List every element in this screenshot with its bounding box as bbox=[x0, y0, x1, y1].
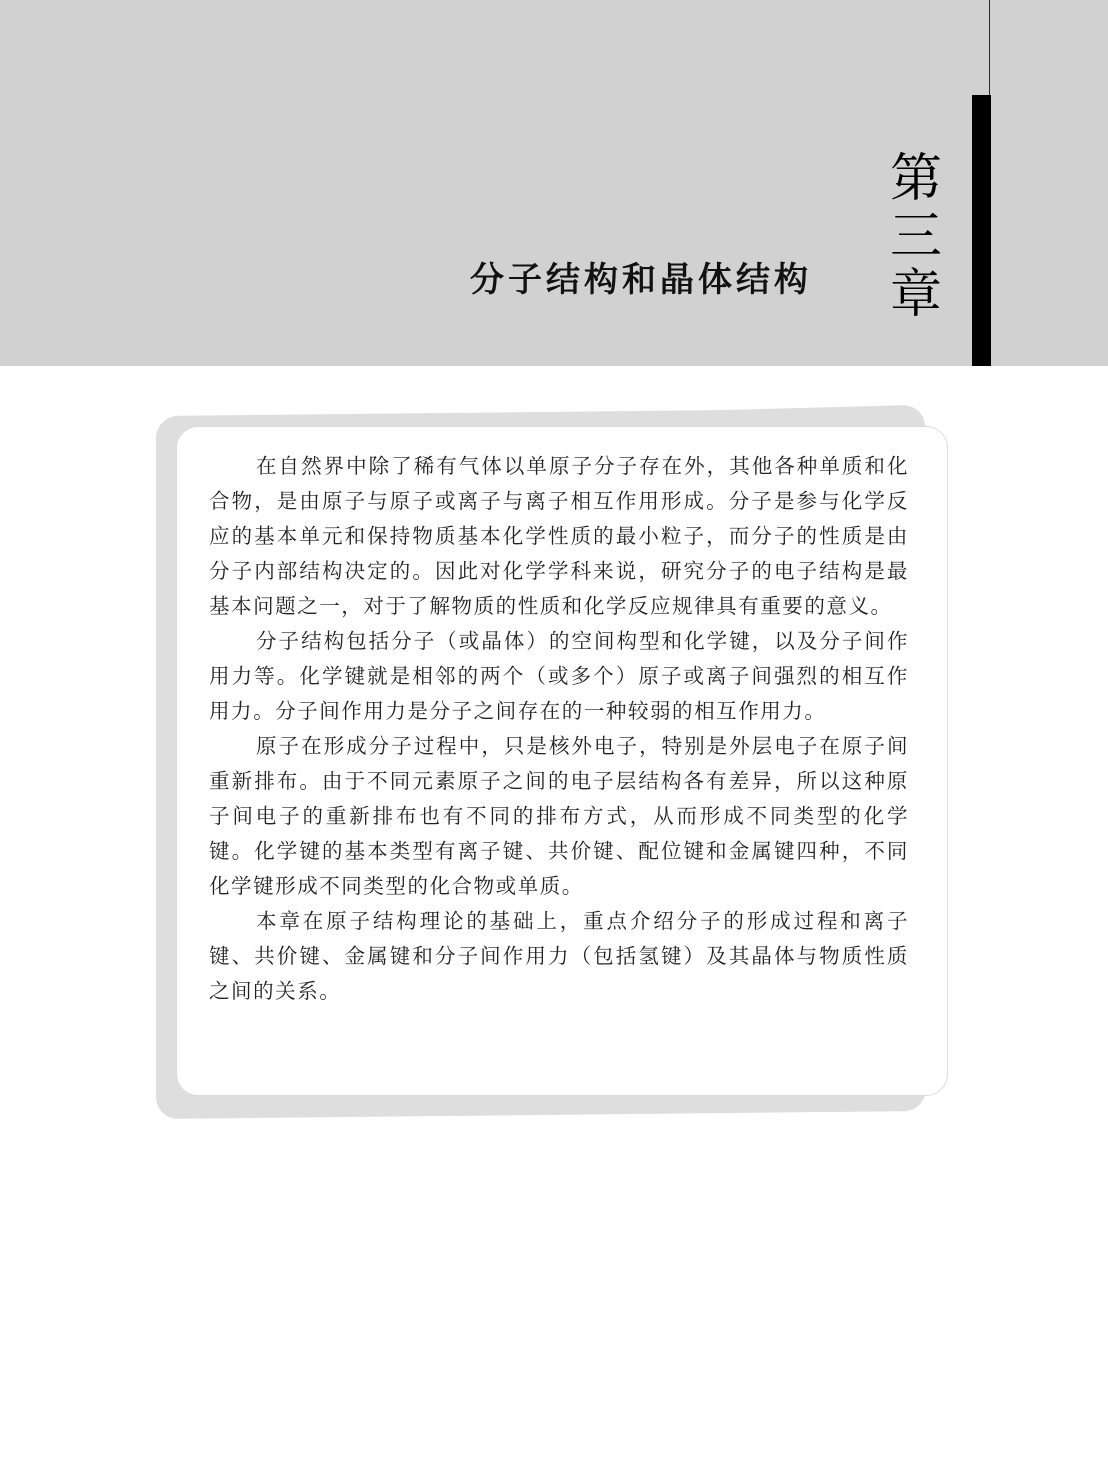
chapter-introduction: 在自然界中除了稀有气体以单原子分子存在外，其他各种单质和化合物，是由原子与原子或… bbox=[209, 449, 909, 1009]
intro-paragraph: 原子在形成分子过程中，只是核外电子，特别是外层电子在原子间重新排布。由于不同元素… bbox=[209, 729, 909, 904]
header-thin-rule bbox=[989, 0, 990, 96]
intro-paragraph: 本章在原子结构理论的基础上，重点介绍分子的形成过程和离子键、共价键、金属键和分子… bbox=[209, 904, 909, 1009]
intro-paragraph: 在自然界中除了稀有气体以单原子分子存在外，其他各种单质和化合物，是由原子与原子或… bbox=[209, 449, 909, 624]
chapter-title: 分子结构和晶体结构 bbox=[470, 252, 812, 301]
intro-paragraph: 分子结构包括分子（或晶体）的空间构型和化学键，以及分子间作用力等。化学键就是相邻… bbox=[209, 624, 909, 729]
chapter-number-label: 第三章 bbox=[884, 150, 948, 324]
chapter-accent-bar bbox=[972, 95, 991, 366]
